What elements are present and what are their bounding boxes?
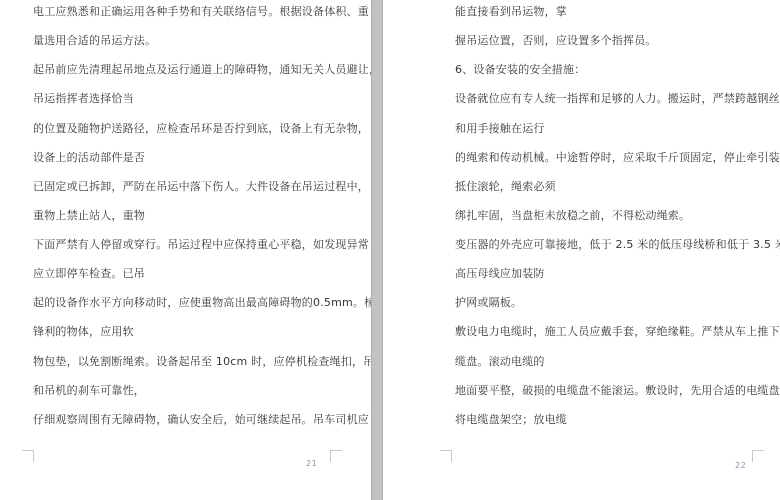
text-line: 应立即停车检查。已吊 bbox=[33, 259, 351, 288]
page-number: 22 bbox=[735, 461, 746, 470]
text-line: 绑扎牢固，当盘柜未放稳之前，不得松动绳索。 bbox=[455, 201, 773, 230]
text-line: 吊运指挥者选择恰当 bbox=[33, 84, 351, 113]
text-line: 将电缆盘架空；放电缆 bbox=[455, 405, 773, 434]
text-line: 设备就位应有专人统一指挥和足够的人力。搬运时，严禁跨越钢丝绳 bbox=[455, 84, 773, 113]
text-line: 下面严禁有人停留或穿行。吊运过程中应保持重心平稳，如发现异常 bbox=[33, 230, 351, 259]
text-line: 的绳索和传动机械。中途暂停时，应采取千斤顶固定，停止牵引装置， bbox=[455, 143, 773, 172]
text-line: 电工应熟悉和正确运用各种手势和有关联络信号。根据设备体积、重 bbox=[33, 0, 351, 26]
text-boundary-mark-bottom-left bbox=[22, 450, 34, 462]
text-line: 仔细观察周围有无障碍物，确认安全后，始可继续起吊。吊车司机应 bbox=[33, 405, 351, 434]
text-line: 设备上的活动部件是否 bbox=[33, 143, 351, 172]
text-line: 起的设备作水平方向移动时，应使重物高出最高障碍物的0.5mm。棱角 bbox=[33, 288, 351, 317]
text-line: 能直接看到吊运物，掌 bbox=[455, 0, 773, 26]
page-22-text-block: 能直接看到吊运物，掌 握吊运位置，否则，应设置多个指挥员。 6、设备安装的安全措… bbox=[455, 0, 773, 434]
page-number: 21 bbox=[306, 459, 317, 468]
text-line: 已固定或已拆卸，严防在吊运中落下伤人。大件设备在吊运过程中， bbox=[33, 172, 351, 201]
text-line: 缆盘。滚动电缆的 bbox=[455, 347, 773, 376]
text-line: 重物上禁止站人，重物 bbox=[33, 201, 351, 230]
text-boundary-mark-bottom-right bbox=[330, 450, 342, 462]
text-line: 地面要平整，破损的电缆盘不能滚运。敷设时，先用合适的电缆盘架 bbox=[455, 376, 773, 405]
page-gap-divider bbox=[371, 0, 383, 500]
text-line: 物包垫，以免割断绳索。设备起吊至 10cm 时，应停机检查绳扣，吊具 bbox=[33, 347, 351, 376]
text-line: 护网或隔板。 bbox=[455, 288, 773, 317]
text-line: 锋利的物体，应用软 bbox=[33, 317, 351, 346]
text-line: 变压器的外壳应可靠接地，低于 2.5 米的低压母线桥和低于 3.5 米的 bbox=[455, 230, 773, 259]
text-line: 起吊前应先清理起吊地点及运行通道上的障碍物，通知无关人员避让， bbox=[33, 55, 351, 84]
text-line: 高压母线应加装防 bbox=[455, 259, 773, 288]
text-line: 敷设电力电缆时，施工人员应戴手套，穿绝缘鞋。严禁从车上推下电 bbox=[455, 317, 773, 346]
text-line: 和用手接触在运行 bbox=[455, 114, 773, 143]
text-boundary-mark-bottom-right bbox=[752, 450, 764, 462]
text-line: 的位置及随物护送路径，应检查吊环是否拧到底，设备上有无杂物， bbox=[33, 114, 351, 143]
text-line: 6、设备安装的安全措施： bbox=[455, 55, 773, 84]
document-page-21[interactable]: 电工应熟悉和正确运用各种手势和有关联络信号。根据设备体积、重 量选用合适的吊运方… bbox=[0, 0, 371, 500]
page-21-text-block: 电工应熟悉和正确运用各种手势和有关联络信号。根据设备体积、重 量选用合适的吊运方… bbox=[33, 0, 351, 434]
text-line: 和吊机的刹车可靠性， bbox=[33, 376, 351, 405]
text-line: 量选用合适的吊运方法。 bbox=[33, 26, 351, 55]
document-page-22[interactable]: 能直接看到吊运物，掌 握吊运位置，否则，应设置多个指挥员。 6、设备安装的安全措… bbox=[383, 0, 780, 500]
text-line: 抵住滚轮，绳索必须 bbox=[455, 172, 773, 201]
text-line: 握吊运位置，否则，应设置多个指挥员。 bbox=[455, 26, 773, 55]
text-boundary-mark-bottom-left bbox=[440, 450, 452, 462]
